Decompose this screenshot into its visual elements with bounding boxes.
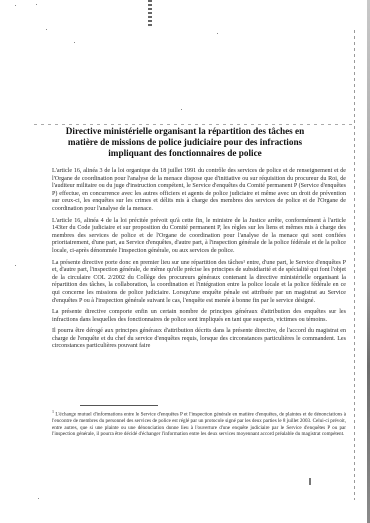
title-line: impliquant des fonctionnaires de police [40,148,330,159]
scan-speck [36,4,37,5]
scanned-page: Directive ministérielle organisant la ré… [0,0,370,523]
document-title: Directive ministérielle organisant la ré… [40,126,330,159]
scan-speck [38,498,39,499]
scan-margin-line [354,30,355,500]
footnote-marker: 1 [52,409,54,414]
scan-speck [181,109,182,110]
paragraph: La présente directive porte donc en prem… [52,260,346,306]
scan-speck [74,42,75,43]
document-body: L'article 16, alinéa 3 de la loi organiq… [52,168,346,355]
scan-speck [217,33,218,34]
footnote: 1 L'échange mutuel d'informations entre … [52,409,346,438]
header-rule [34,124,354,125]
page-number-mark [309,478,311,485]
footnote-text: L'échange mutuel d'informations entre le… [52,412,346,438]
footnote-separator [80,405,158,406]
scan-speck [46,29,47,30]
scan-speck [15,5,16,6]
title-line: matière de missions de police judiciaire… [40,137,330,148]
scan-speck [15,265,16,266]
paragraph: L'article 16, alinéa 3 de la loi organiq… [52,168,346,214]
paragraph: La présente directive comporte enfin un … [52,309,346,324]
paragraph: Il pourra être dérogé aux principes géné… [52,328,346,351]
paragraph: L'article 16, alinéa 4 de la loi précité… [52,218,346,256]
scan-stamp-mark [148,0,152,26]
title-line: Directive ministérielle organisant la ré… [40,126,330,137]
